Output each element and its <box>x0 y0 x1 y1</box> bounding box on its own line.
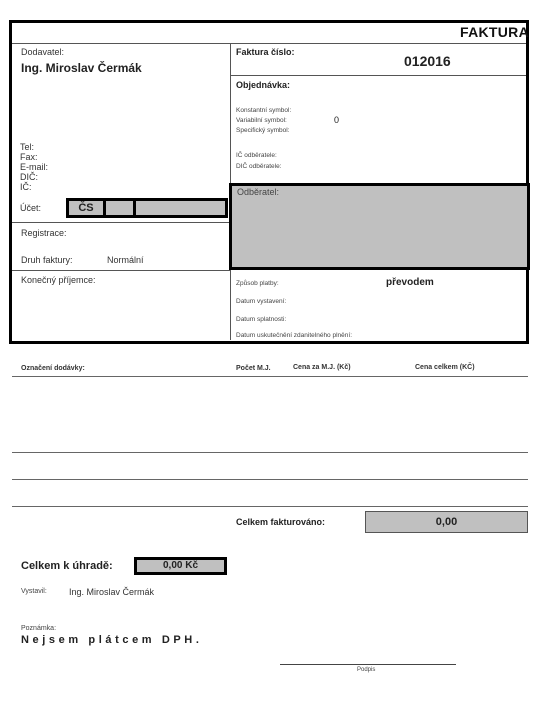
taxable-date-label: Datum uskutečnění zdanitelného plnění: <box>236 332 352 339</box>
invoice-type-value: Normální <box>107 255 144 265</box>
account-label: Účet: <box>20 203 41 213</box>
constant-symbol-label: Konstantní symbol: <box>236 107 291 114</box>
invoice-type-label: Druh faktury: <box>21 255 73 265</box>
final-recipient-label: Konečný příjemce: <box>21 275 96 285</box>
account-prefix-field <box>103 198 136 218</box>
order-divider <box>230 75 526 76</box>
column-header-total-price: Cena celkem (KČ) <box>415 364 475 371</box>
table-header-rule <box>12 376 528 377</box>
customer-box: Odběratel: <box>229 183 530 270</box>
table-row-rule <box>12 452 528 453</box>
note-value: Nejsem plátcem DPH. <box>21 634 203 646</box>
invoice-number-label: Faktura číslo: <box>236 47 295 57</box>
variable-symbol-value: 0 <box>334 115 339 125</box>
specific-symbol-label: Specifický symbol: <box>236 127 289 134</box>
ic-label: IČ: <box>20 182 32 192</box>
due-date-label: Datum splatnosti: <box>236 316 286 323</box>
issued-by-label: Vystavil: <box>21 588 47 595</box>
customer-ic-label: IČ odběratele: <box>236 152 277 159</box>
signature-label: Podpis <box>357 667 375 673</box>
customer-label: Odběratel: <box>237 187 279 197</box>
issue-date-label: Datum vystavení: <box>236 298 286 305</box>
registration-label: Registrace: <box>21 228 67 238</box>
amount-due-value: 0,00 Kč <box>134 557 227 575</box>
table-row-rule <box>12 479 528 480</box>
tel-label: Tel: <box>20 142 34 152</box>
column-header-description: Označení dodávky: <box>21 365 85 372</box>
account-bank-code-field: ČS <box>66 198 106 218</box>
fax-label: Fax: <box>20 152 38 162</box>
signature-line <box>280 664 456 665</box>
column-header-quantity: Počet M.J. <box>236 365 271 372</box>
email-label: E-mail: <box>20 162 48 172</box>
order-label: Objednávka: <box>236 80 290 90</box>
invoiced-total-value: 0,00 <box>365 511 528 533</box>
supplier-label: Dodavatel: <box>21 47 64 57</box>
column-header-unit-price: Cena za M.J. (Kč) <box>293 364 351 371</box>
amount-due-label: Celkem k úhradě: <box>21 560 113 572</box>
issued-by-value: Ing. Miroslav Čermák <box>69 587 154 597</box>
variable-symbol-label: Variabilní symbol: <box>236 117 287 124</box>
note-label: Poznámka: <box>21 625 56 632</box>
payment-method-label: Způsob platby: <box>236 280 279 287</box>
dic-label: DIČ: <box>20 172 38 182</box>
table-row-rule <box>12 506 528 507</box>
document-title: FAKTURA <box>460 24 529 40</box>
final-recipient-divider <box>12 270 230 271</box>
registration-divider <box>12 222 230 223</box>
invoice-number-value: 012016 <box>404 53 451 69</box>
customer-dic-label: DIČ odběratele: <box>236 163 282 170</box>
supplier-name: Ing. Miroslav Čermák <box>21 61 142 75</box>
invoiced-total-label: Celkem fakturováno: <box>236 517 325 527</box>
title-divider <box>12 43 526 44</box>
payment-method-value: převodem <box>386 277 434 288</box>
account-number-field <box>133 198 228 218</box>
